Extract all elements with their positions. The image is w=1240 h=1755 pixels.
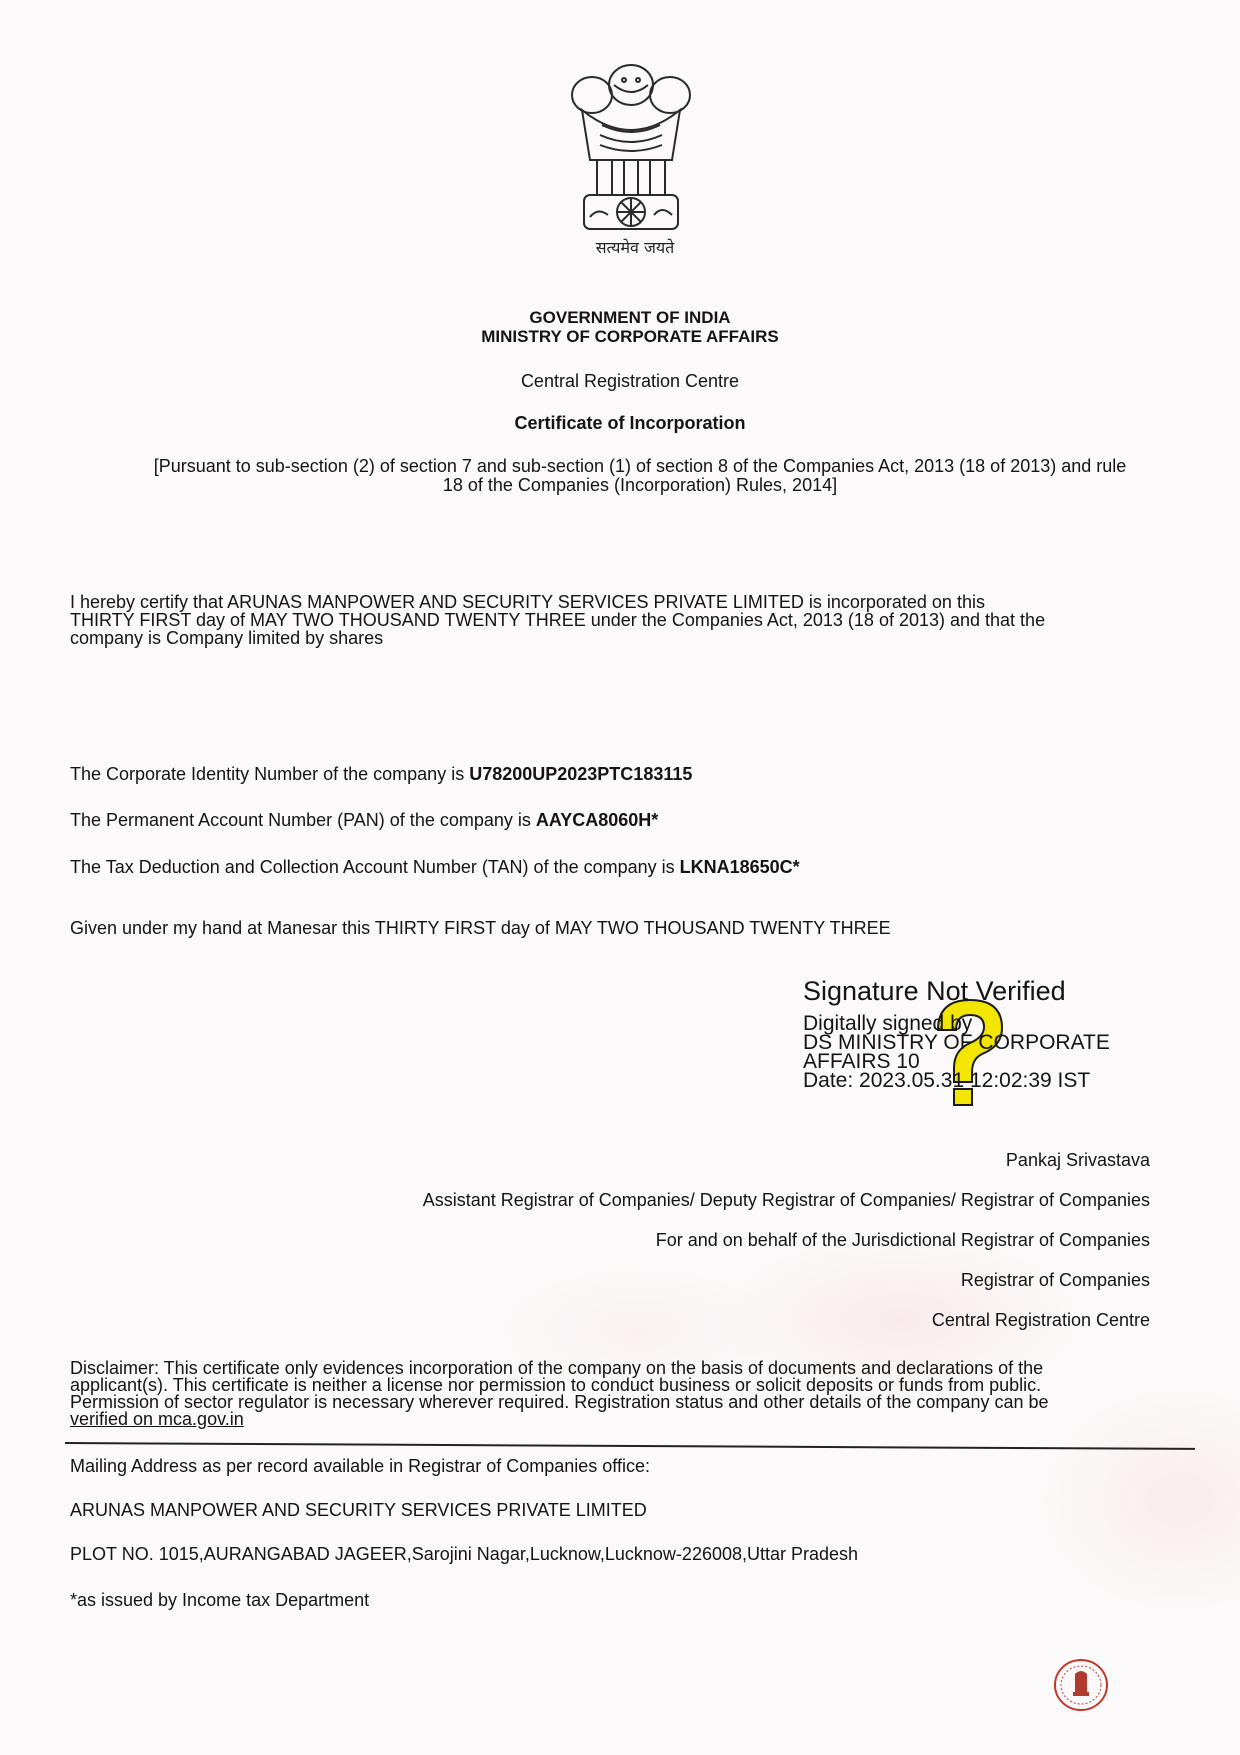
certification-line-1: I hereby certify that ARUNAS MANPOWER AN… — [70, 593, 1220, 611]
signature-status: Signature Not Verified — [803, 976, 1163, 1006]
state-emblem-icon — [562, 55, 700, 260]
cin-line: The Corporate Identity Number of the com… — [70, 764, 692, 785]
tan-label: The Tax Deduction and Collection Account… — [70, 857, 680, 877]
registration-centre: Central Registration Centre — [0, 371, 1240, 392]
pursuant-clause: [Pursuant to sub-section (2) of section … — [70, 457, 1210, 495]
mailing-address: PLOT NO. 1015,AURANGABAD JAGEER,Sarojini… — [70, 1544, 858, 1565]
pan-value: AAYCA8060H* — [536, 810, 658, 830]
signatory-behalf: For and on behalf of the Jurisdictional … — [656, 1230, 1150, 1251]
ministry-seal-icon — [1035, 1650, 1127, 1720]
mca-verify-link[interactable]: verified on mca.gov.in — [70, 1411, 1190, 1428]
divider — [65, 1442, 1195, 1450]
government-title: GOVERNMENT OF INDIA — [0, 308, 1240, 327]
signatory-office: Registrar of Companies — [961, 1270, 1150, 1291]
cin-value: U78200UP2023PTC183115 — [469, 764, 692, 784]
signatory-centre: Central Registration Centre — [932, 1310, 1150, 1331]
certification-line-2: THIRTY FIRST day of MAY TWO THOUSAND TWE… — [70, 611, 1220, 629]
ministry-title: MINISTRY OF CORPORATE AFFAIRS — [0, 327, 1240, 346]
mailing-company: ARUNAS MANPOWER AND SECURITY SERVICES PR… — [70, 1500, 647, 1521]
digital-signature-block: Signature Not Verified Digitally signed … — [803, 976, 1163, 1090]
signature-date: Date: 2023.05.31 12:02:39 IST — [803, 1071, 1163, 1090]
signatory-name: Pankaj Srivastava — [1006, 1150, 1150, 1171]
cin-label: The Corporate Identity Number of the com… — [70, 764, 469, 784]
pursuant-line-1: [Pursuant to sub-section (2) of section … — [70, 457, 1210, 476]
signatory-designation: Assistant Registrar of Companies/ Deputy… — [423, 1190, 1150, 1211]
tan-value: LKNA18650C* — [680, 857, 800, 877]
certification-paragraph: I hereby certify that ARUNAS MANPOWER AN… — [70, 593, 1220, 647]
footnote: *as issued by Income tax Department — [70, 1590, 369, 1611]
emblem-motto: सत्यमेव जयते — [580, 236, 690, 258]
pan-line: The Permanent Account Number (PAN) of th… — [70, 810, 658, 831]
disclaimer: Disclaimer: This certificate only eviden… — [70, 1360, 1190, 1428]
given-under-hand: Given under my hand at Manesar this THIR… — [70, 918, 891, 939]
tan-line: The Tax Deduction and Collection Account… — [70, 857, 800, 878]
mailing-heading: Mailing Address as per record available … — [70, 1456, 650, 1477]
certification-line-3: company is Company limited by shares — [70, 629, 1220, 647]
certificate-title: Certificate of Incorporation — [0, 413, 1240, 434]
pan-label: The Permanent Account Number (PAN) of th… — [70, 810, 536, 830]
document-heading: GOVERNMENT OF INDIA MINISTRY OF CORPORAT… — [0, 308, 1240, 346]
pursuant-line-2: 18 of the Companies (Incorporation) Rule… — [70, 476, 1210, 495]
